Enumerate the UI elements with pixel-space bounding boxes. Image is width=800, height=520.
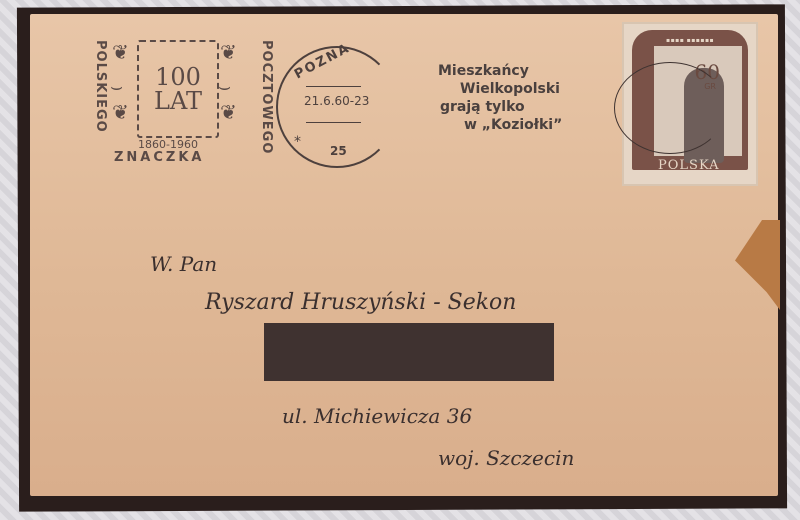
postmark-number: 25 <box>330 144 347 158</box>
cancel-side-right: POCZTOWEGO <box>259 40 274 154</box>
wheat-sprig-icon: ❦ <box>220 40 237 64</box>
stamp-postmark <box>614 62 726 154</box>
date-postmark: POZNA 21.6.60-23 * 25 <box>276 46 398 168</box>
slogan-cancel: Mieszkańcy Wielkopolski grają tylko w „K… <box>438 62 562 134</box>
stamp-top-text: ▪▪▪▪ ▪▪▪▪▪▪ <box>666 37 714 44</box>
slogan-line: Mieszkańcy <box>438 62 562 80</box>
cancel-bottom: ZNACZKA <box>114 150 204 165</box>
street-address: ul. Michiewicza 36 <box>282 404 472 428</box>
cancel-number: 100 <box>155 65 201 89</box>
slogan-line: Wielkopolski <box>438 80 562 98</box>
redaction-bar <box>264 323 554 381</box>
cancel-lat: LAT <box>154 89 202 113</box>
post-horn-icon: ⌣ <box>218 74 231 98</box>
postage-stamp: ▪▪▪▪ ▪▪▪▪▪▪ 60 GR POLSKA <box>624 24 756 184</box>
slogan-line: w „Koziołki” <box>438 116 562 134</box>
post-horn-icon: ⌣ <box>110 74 123 98</box>
wheat-sprig-icon: ❦ <box>112 40 129 64</box>
postmark-line <box>306 122 361 123</box>
salutation: W. Pan <box>150 252 217 276</box>
commemorative-cancel: POLSKIEGO ❦ ⌣ ❦ 100 LAT ❦ ⌣ ❦ 1860-1960 … <box>92 38 268 166</box>
city-address: woj. Szczecin <box>438 446 574 470</box>
cancel-side-left: POLSKIEGO <box>93 40 108 133</box>
stamp-country: POLSKA <box>658 158 720 173</box>
postmark-line <box>306 86 361 87</box>
wheat-sprig-icon: ❦ <box>220 100 237 124</box>
recipient-name: Ryszard Hruszyński - Sekon <box>205 290 516 315</box>
wheat-sprig-icon: ❦ <box>112 100 129 124</box>
postmark-date: 21.6.60-23 <box>304 94 369 108</box>
star-icon: * <box>294 134 301 150</box>
slogan-line: grają tylko <box>438 98 562 116</box>
stamp-frame: 100 LAT <box>137 40 219 138</box>
